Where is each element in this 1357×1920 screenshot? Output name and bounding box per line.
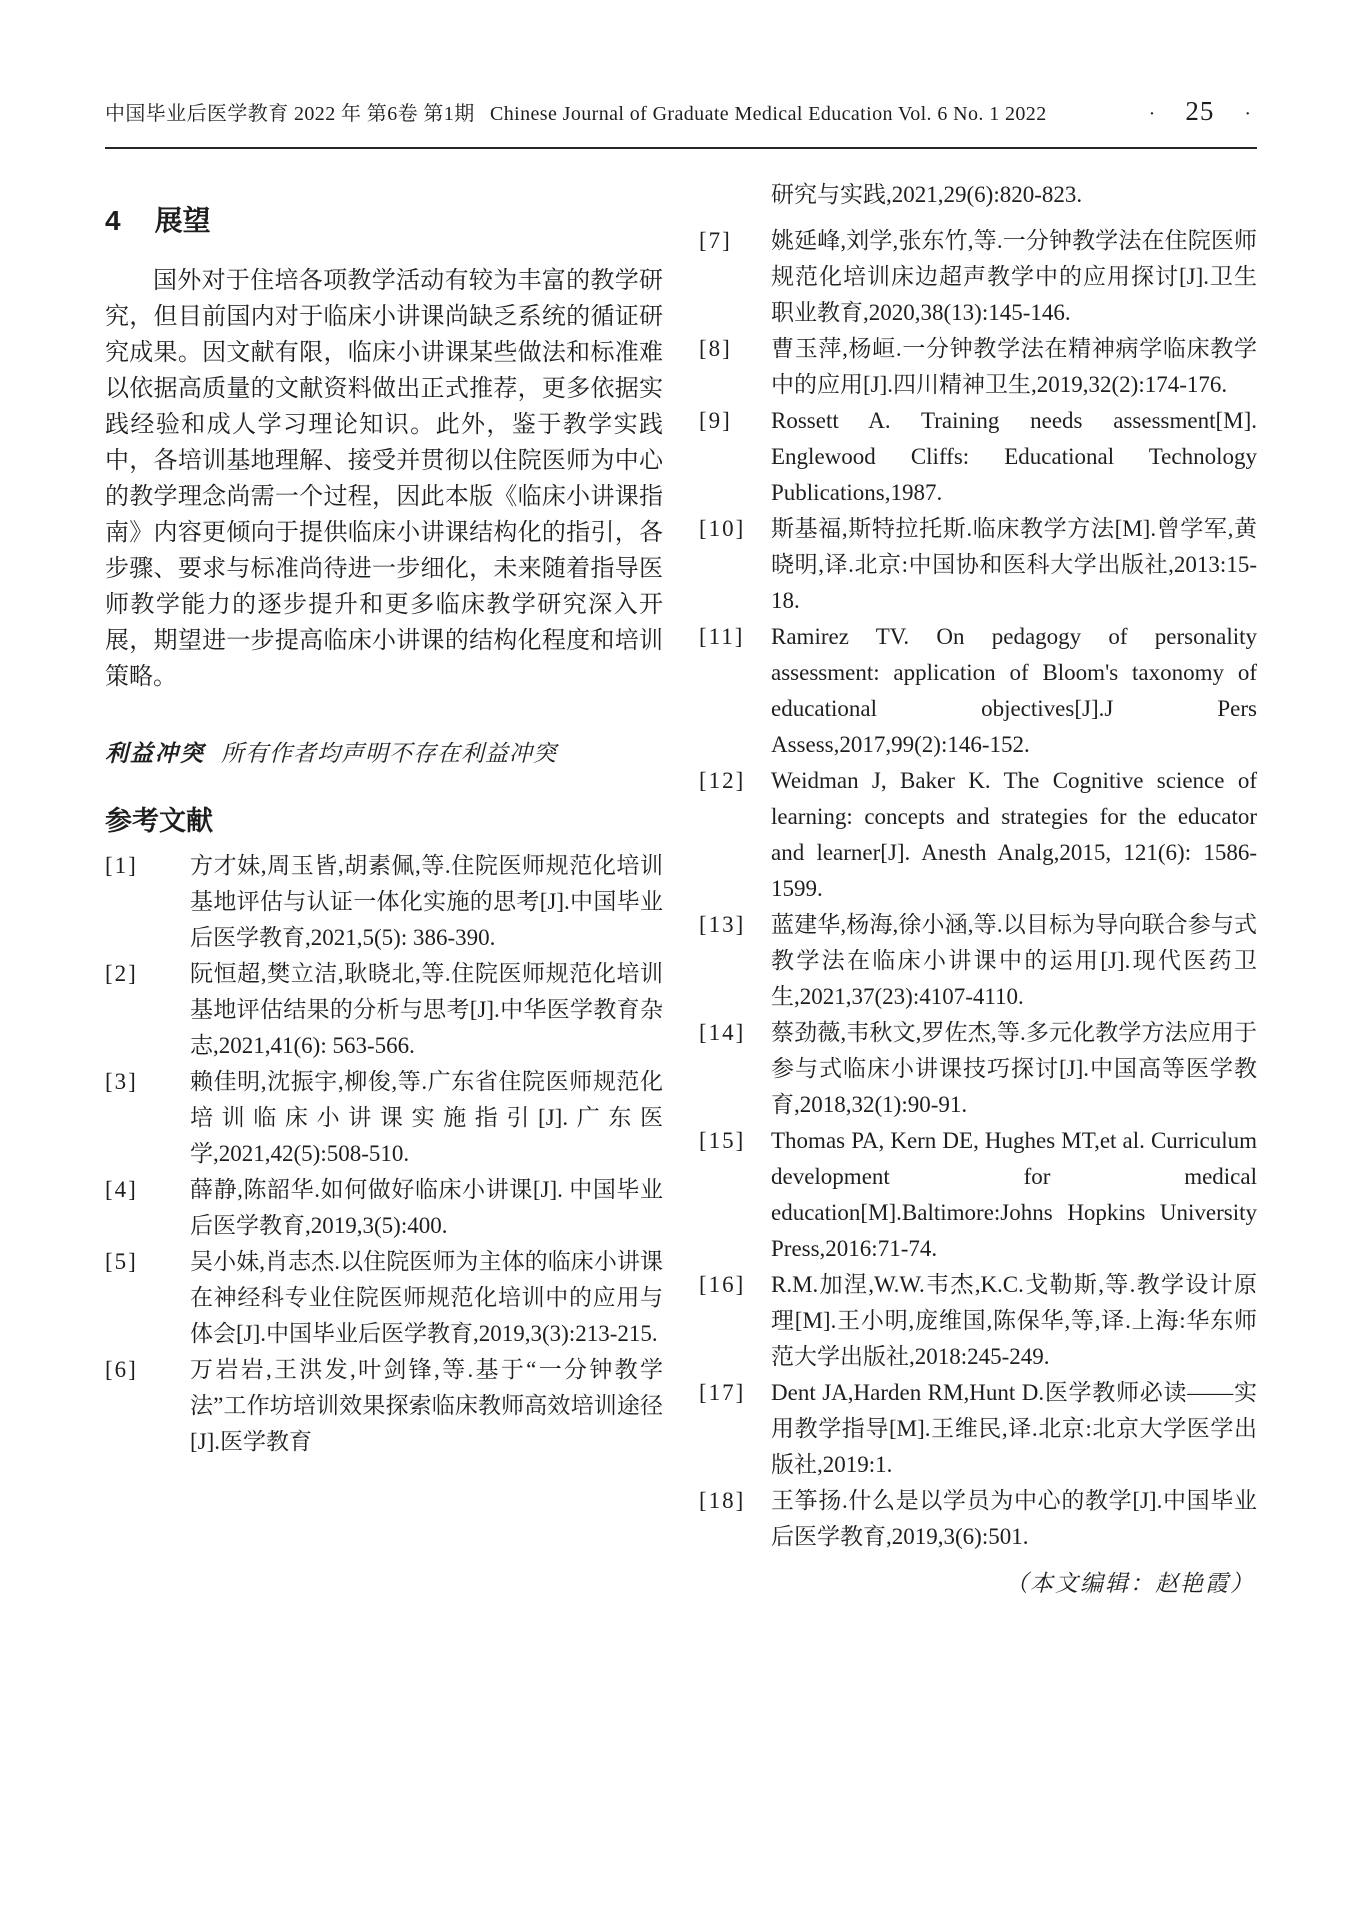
reference-number: [7] bbox=[699, 223, 771, 331]
reference-text: 曹玉萍,杨峘.一分钟教学法在精神病学临床教学中的应用[J].四川精神卫生,201… bbox=[771, 331, 1257, 403]
reference-text: Ramirez TV. On pedagogy of personality a… bbox=[771, 619, 1257, 763]
reference-text: 王筝扬.什么是以学员为中心的教学[J].中国毕业后医学教育,2019,3(6):… bbox=[771, 1483, 1257, 1555]
reference-text: R.M.加涅,W.W.韦杰,K.C.戈勒斯,等.教学设计原理[M].王小明,庞维… bbox=[771, 1267, 1257, 1375]
reference-number: [12] bbox=[699, 763, 771, 907]
references-heading: 参考文献 bbox=[105, 799, 663, 838]
reference-item: [12] Weidman J, Baker K. The Cognitive s… bbox=[699, 763, 1257, 907]
reference-text: 斯基福,斯特拉托斯.临床教学方法[M].曾学军,黄晓明,译.北京:中国协和医科大… bbox=[771, 511, 1257, 619]
reference-item: [8] 曹玉萍,杨峘.一分钟教学法在精神病学临床教学中的应用[J].四川精神卫生… bbox=[699, 331, 1257, 403]
section-paragraph: 国外对于住培各项教学活动有较为丰富的教学研究，但目前国内对于临床小讲课尚缺乏系统… bbox=[105, 263, 663, 695]
conflict-label: 利益冲突 bbox=[105, 741, 205, 766]
reference-text: 蓝建华,杨海,徐小涵,等.以目标为导向联合参与式教学法在临床小讲课中的运用[J]… bbox=[771, 907, 1257, 1015]
reference-item: [1] 方才妹,周玉皆,胡素佩,等.住院医师规范化培训基地评估与认证一体化实施的… bbox=[105, 848, 663, 956]
reference-number: [1] bbox=[105, 848, 190, 956]
reference-item: [3] 赖佳明,沈振宇,柳俊,等.广东省住院医师规范化培训临床小讲课实施指引[J… bbox=[105, 1064, 663, 1172]
reference-text: Thomas PA, Kern DE, Hughes MT,et al. Cur… bbox=[771, 1123, 1257, 1267]
reference-list-right: [7] 姚延峰,刘学,张东竹,等.一分钟教学法在住院医师规范化培训床边超声教学中… bbox=[699, 223, 1257, 1555]
reference-6-continuation: 研究与实践,2021,29(6):820-823. bbox=[699, 177, 1257, 213]
reference-number: [11] bbox=[699, 619, 771, 763]
reference-text: 万岩岩,王洪发,叶剑锋,等.基于“一分钟教学法”工作坊培训效果探索临床教师高效培… bbox=[190, 1352, 663, 1460]
left-column: 4 展望 国外对于住培各项教学活动有较为丰富的教学研究，但目前国内对于临床小讲课… bbox=[105, 175, 663, 1598]
reference-number: [2] bbox=[105, 956, 190, 1064]
reference-number: [17] bbox=[699, 1375, 771, 1483]
section-heading: 4 展望 bbox=[105, 199, 663, 239]
editor-note: （本文编辑：赵艳霞） bbox=[699, 1565, 1257, 1598]
page-number: 25 bbox=[1185, 96, 1214, 127]
reference-number: [15] bbox=[699, 1123, 771, 1267]
reference-item: [7] 姚延峰,刘学,张东竹,等.一分钟教学法在住院医师规范化培训床边超声教学中… bbox=[699, 223, 1257, 331]
reference-number: [5] bbox=[105, 1244, 190, 1352]
reference-number: [8] bbox=[699, 331, 771, 403]
section-title-text: 展望 bbox=[155, 199, 211, 239]
journal-title-en: Chinese Journal of Graduate Medical Educ… bbox=[490, 103, 1047, 125]
reference-text: 赖佳明,沈振宇,柳俊,等.广东省住院医师规范化培训临床小讲课实施指引[J].广东… bbox=[190, 1064, 663, 1172]
reference-item: [9] Rossett A. Training needs assessment… bbox=[699, 403, 1257, 511]
reference-number: [4] bbox=[105, 1172, 190, 1244]
reference-item: [17] Dent JA,Harden RM,Hunt D.医学教师必读——实用… bbox=[699, 1375, 1257, 1483]
reference-text: 阮恒超,樊立洁,耿晓北,等.住院医师规范化培训基地评估结果的分析与思考[J].中… bbox=[190, 956, 663, 1064]
reference-number: [10] bbox=[699, 511, 771, 619]
reference-number: [16] bbox=[699, 1267, 771, 1375]
reference-text: Dent JA,Harden RM,Hunt D.医学教师必读——实用教学指导[… bbox=[771, 1375, 1257, 1483]
reference-text: Rossett A. Training needs assessment[M].… bbox=[771, 403, 1257, 511]
journal-title-cn: 中国毕业后医学教育 2022 年 第6卷 第1期 bbox=[105, 103, 475, 125]
reference-item: [14] 蔡劲薇,韦秋文,罗佐杰,等.多元化教学方法应用于参与式临床小讲课技巧探… bbox=[699, 1015, 1257, 1123]
running-head: 中国毕业后医学教育 2022 年 第6卷 第1期 Chinese Journal… bbox=[105, 96, 1257, 149]
paper-page: 中国毕业后医学教育 2022 年 第6卷 第1期 Chinese Journal… bbox=[0, 0, 1357, 1598]
conflict-text: 所有作者均声明不存在利益冲突 bbox=[221, 741, 557, 766]
reference-number: [18] bbox=[699, 1483, 771, 1555]
folio-dot-left: · bbox=[1149, 103, 1156, 126]
reference-item: [2] 阮恒超,樊立洁,耿晓北,等.住院医师规范化培训基地评估结果的分析与思考[… bbox=[105, 956, 663, 1064]
reference-text: 薛静,陈韶华.如何做好临床小讲课[J]. 中国毕业后医学教育,2019,3(5)… bbox=[190, 1172, 663, 1244]
reference-number: [13] bbox=[699, 907, 771, 1015]
reference-text: 姚延峰,刘学,张东竹,等.一分钟教学法在住院医师规范化培训床边超声教学中的应用探… bbox=[771, 223, 1257, 331]
right-column: 研究与实践,2021,29(6):820-823. [7] 姚延峰,刘学,张东竹… bbox=[699, 175, 1257, 1598]
reference-text: 吴小妹,肖志杰.以住院医师为主体的临床小讲课在神经科专业住院医师规范化培训中的应… bbox=[190, 1244, 663, 1352]
reference-item: [6] 万岩岩,王洪发,叶剑锋,等.基于“一分钟教学法”工作坊培训效果探索临床教… bbox=[105, 1352, 663, 1460]
reference-list-left: [1] 方才妹,周玉皆,胡素佩,等.住院医师规范化培训基地评估与认证一体化实施的… bbox=[105, 848, 663, 1460]
journal-title-line: 中国毕业后医学教育 2022 年 第6卷 第1期 Chinese Journal… bbox=[105, 97, 1047, 126]
conflict-of-interest-statement: 利益冲突所有作者均声明不存在利益冲突 bbox=[105, 737, 663, 771]
reference-number: [3] bbox=[105, 1064, 190, 1172]
reference-item: [16] R.M.加涅,W.W.韦杰,K.C.戈勒斯,等.教学设计原理[M].王… bbox=[699, 1267, 1257, 1375]
reference-item: [18] 王筝扬.什么是以学员为中心的教学[J].中国毕业后医学教育,2019,… bbox=[699, 1483, 1257, 1555]
reference-item: [11] Ramirez TV. On pedagogy of personal… bbox=[699, 619, 1257, 763]
section-number: 4 bbox=[105, 205, 121, 237]
reference-item: [13] 蓝建华,杨海,徐小涵,等.以目标为导向联合参与式教学法在临床小讲课中的… bbox=[699, 907, 1257, 1015]
reference-item: [10] 斯基福,斯特拉托斯.临床教学方法[M].曾学军,黄晓明,译.北京:中国… bbox=[699, 511, 1257, 619]
reference-number: [9] bbox=[699, 403, 771, 511]
reference-item: [15] Thomas PA, Kern DE, Hughes MT,et al… bbox=[699, 1123, 1257, 1267]
folio-dot-right: · bbox=[1244, 103, 1251, 126]
reference-item: [4] 薛静,陈韶华.如何做好临床小讲课[J]. 中国毕业后医学教育,2019,… bbox=[105, 1172, 663, 1244]
two-column-body: 4 展望 国外对于住培各项教学活动有较为丰富的教学研究，但目前国内对于临床小讲课… bbox=[105, 175, 1257, 1598]
reference-text: 方才妹,周玉皆,胡素佩,等.住院医师规范化培训基地评估与认证一体化实施的思考[J… bbox=[190, 848, 663, 956]
reference-text: Weidman J, Baker K. The Cognitive scienc… bbox=[771, 763, 1257, 907]
page-folio: · 25 · bbox=[1149, 96, 1251, 127]
reference-text: 蔡劲薇,韦秋文,罗佐杰,等.多元化教学方法应用于参与式临床小讲课技巧探讨[J].… bbox=[771, 1015, 1257, 1123]
reference-number: [14] bbox=[699, 1015, 771, 1123]
reference-number: [6] bbox=[105, 1352, 190, 1460]
reference-item: [5] 吴小妹,肖志杰.以住院医师为主体的临床小讲课在神经科专业住院医师规范化培… bbox=[105, 1244, 663, 1352]
